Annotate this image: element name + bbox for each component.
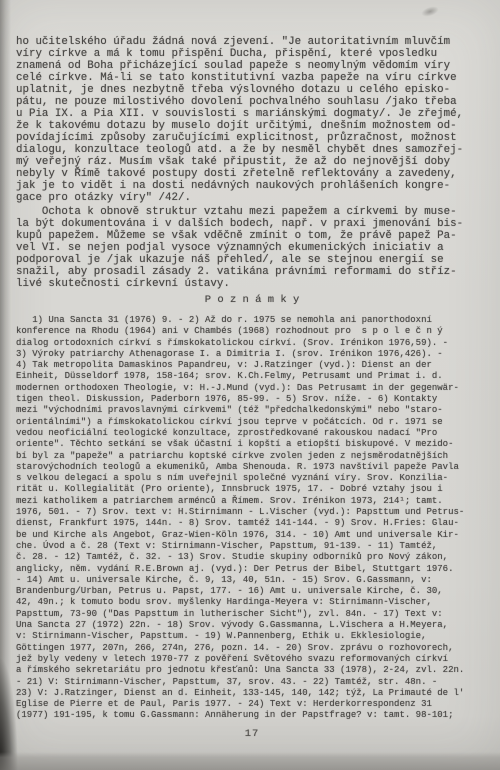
scan-shadow-bottom-edge (0, 752, 500, 770)
scan-shadow-bottom-left-corner (0, 620, 20, 770)
page-number: 17 (16, 728, 488, 740)
page-content: ho učitelského úřadu žádná nová zjevení.… (16, 36, 488, 740)
body-paragraph-2: Ochota k obnově struktur vztahu mezi pap… (16, 206, 488, 290)
pencil-smudge-mark (420, 4, 440, 18)
footnotes-heading: P o z n á m k y (16, 294, 488, 307)
footnotes-block: 1) Una Sancta 31 (1976) 9. - 2) Až do r.… (16, 315, 488, 722)
scanned-document-page: ho učitelského úřadu žádná nová zjevení.… (0, 0, 500, 770)
body-paragraph-1: ho učitelského úřadu žádná nová zjevení.… (16, 36, 488, 204)
